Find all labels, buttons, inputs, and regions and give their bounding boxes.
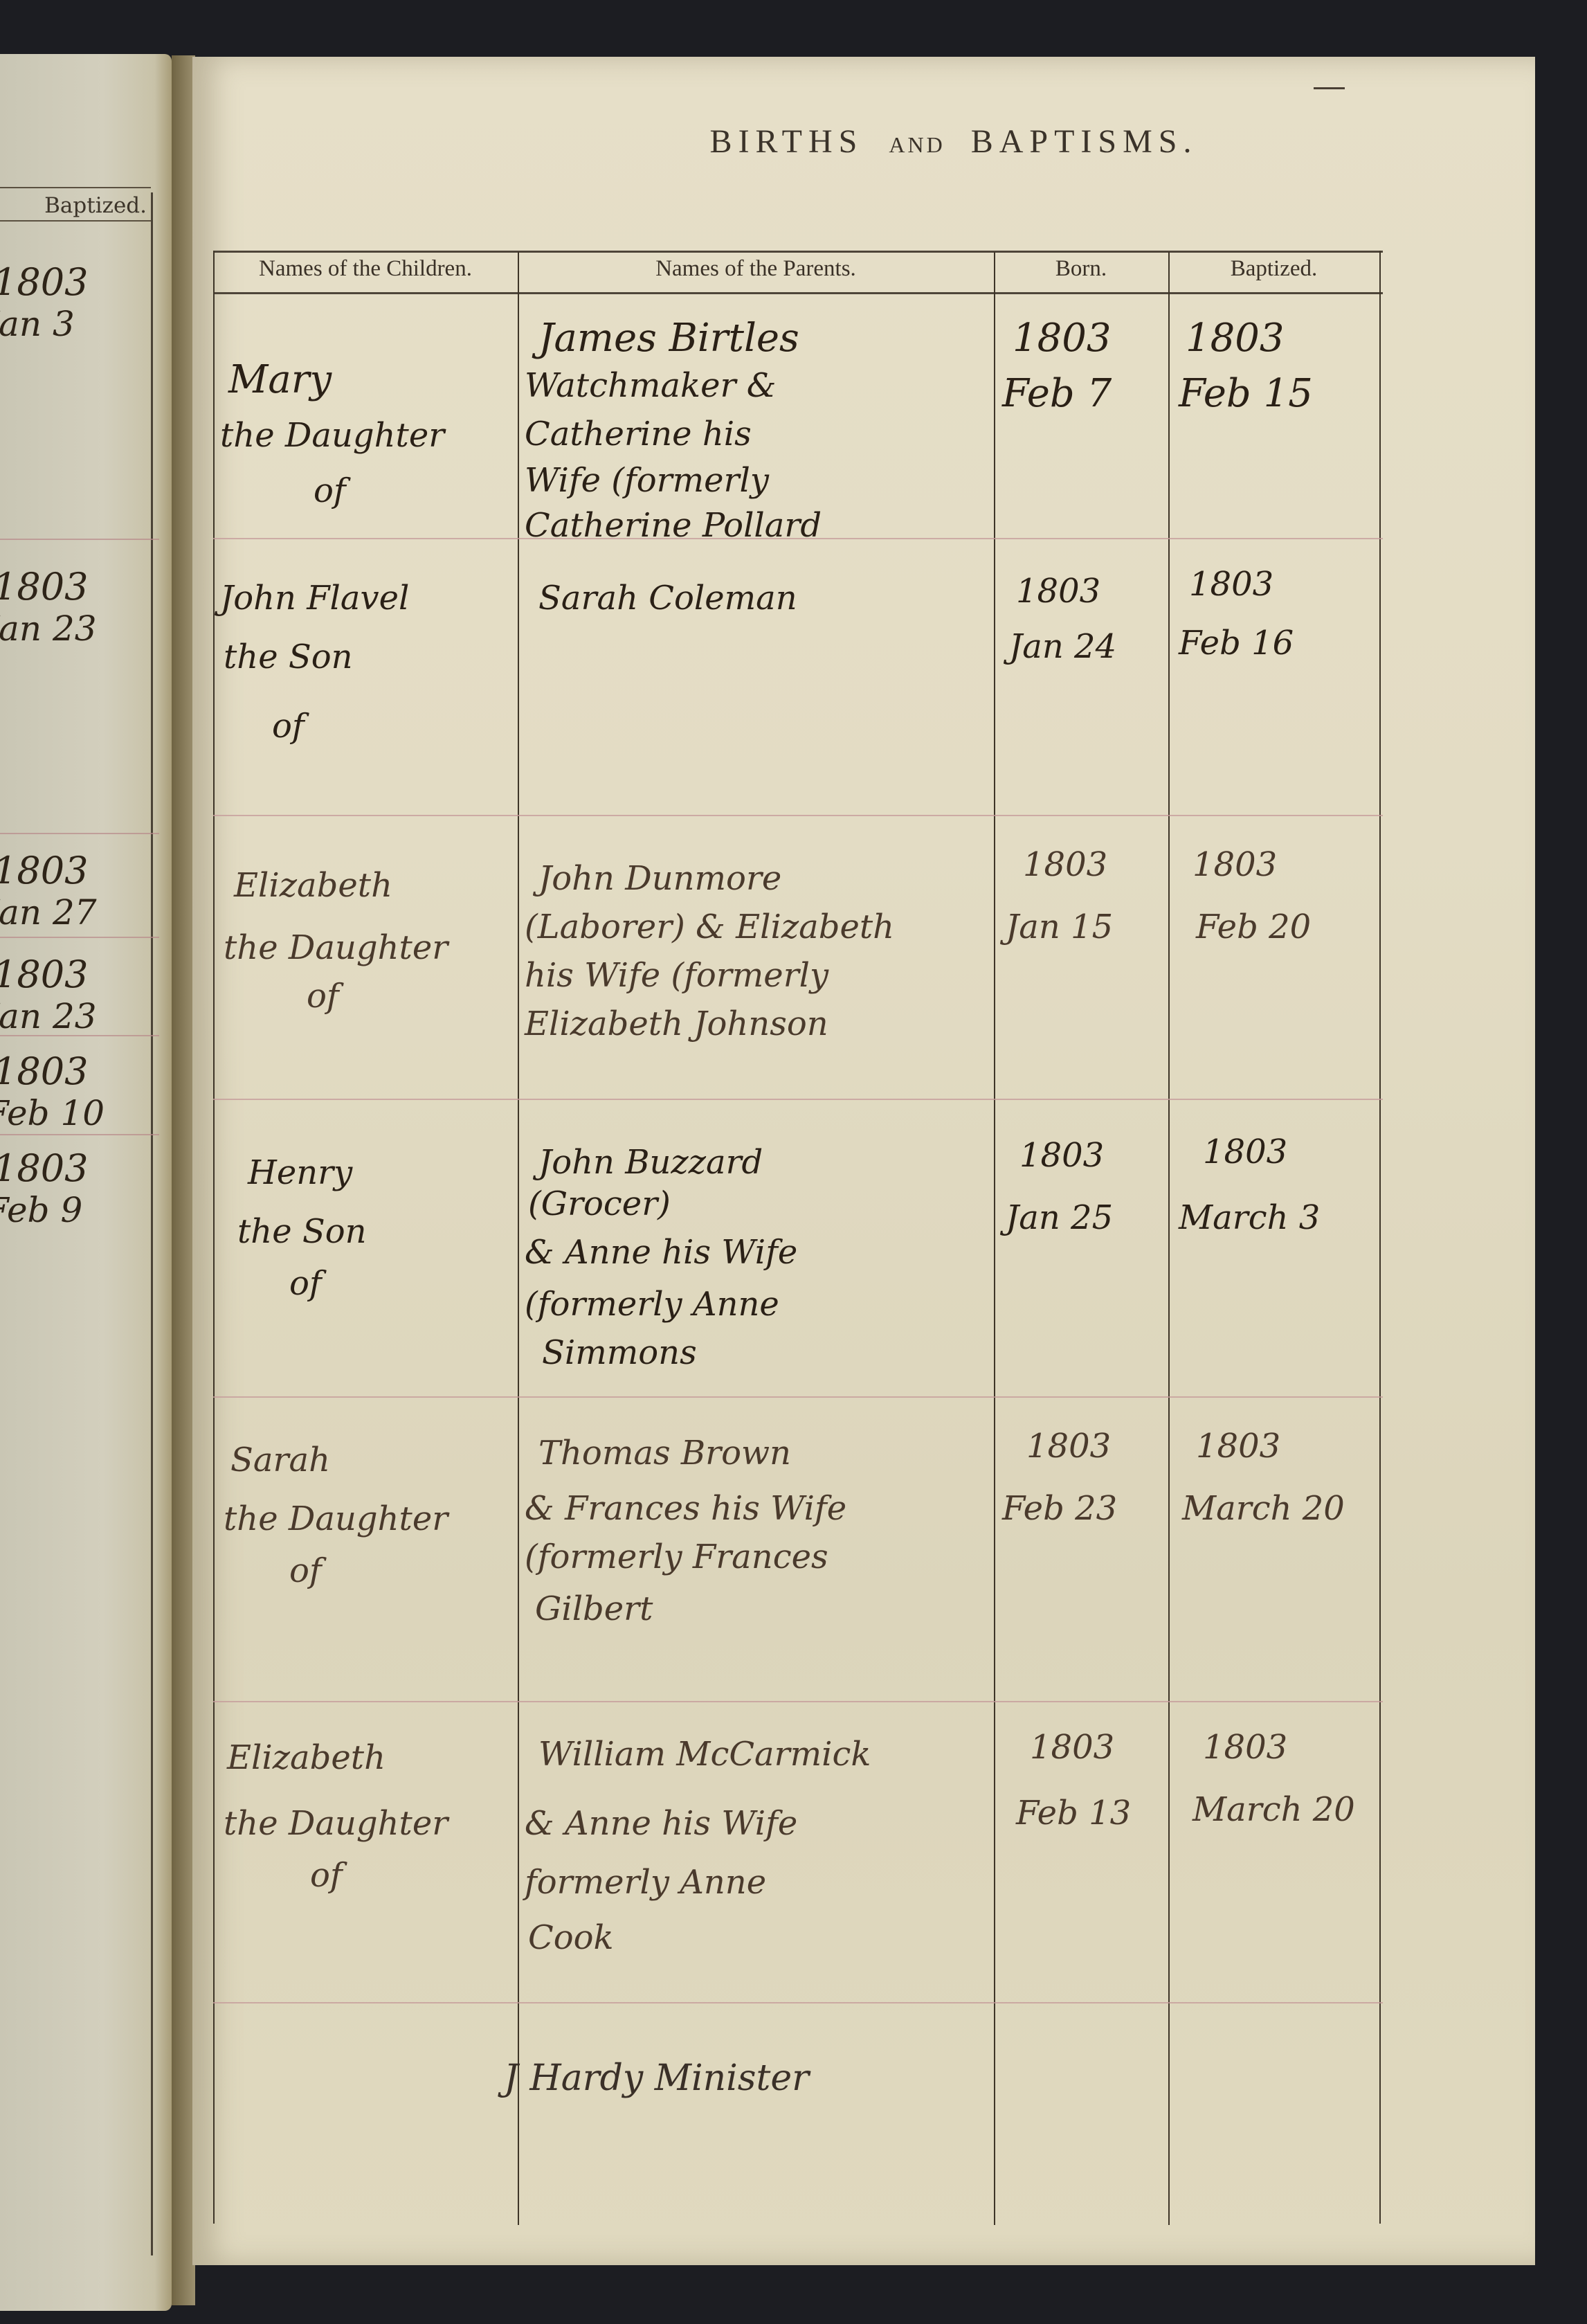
child-name: Mary — [228, 354, 332, 406]
born-date: Feb 23 — [1002, 1483, 1117, 1534]
book-gutter — [172, 55, 195, 2305]
baptized-year: 1803 — [1203, 1126, 1287, 1178]
child-name: Elizabeth — [234, 860, 392, 911]
title-births: BIRTHS — [710, 123, 864, 160]
facing-entry-year: 1803 — [0, 262, 149, 303]
facing-page-entry: 1803 Jan 23 — [0, 954, 149, 1037]
baptized-year: 1803 — [1192, 839, 1277, 890]
row-separator — [213, 1396, 1383, 1398]
parents-line: Wife (formerly — [525, 455, 769, 506]
parents-line: Catherine his — [525, 408, 752, 460]
facing-entry-year: 1803 — [0, 1148, 149, 1189]
facing-page-red-rule — [0, 833, 159, 834]
facing-page-red-rule — [0, 937, 159, 938]
register-table: Names of the Children. Names of the Pare… — [213, 188, 1383, 2224]
child-of: of — [307, 971, 339, 1022]
parents-line: Simmons — [542, 1327, 697, 1378]
born-date: Jan 15 — [1006, 901, 1113, 953]
column-rule — [1168, 252, 1170, 2225]
parents-line: his Wife (formerly — [525, 950, 828, 1001]
header-bottom-rule — [213, 292, 1383, 294]
parents-line: Thomas Brown — [538, 1427, 791, 1479]
born-year: 1803 — [1026, 1421, 1111, 1472]
parents-line: Watchmaker & — [525, 360, 776, 411]
child-of: of — [289, 1258, 322, 1309]
born-year: 1803 — [1013, 313, 1112, 364]
parents-line: (Grocer) — [528, 1178, 671, 1229]
title-baptisms: BAPTISMS. — [971, 123, 1198, 160]
child-of: of — [272, 701, 305, 752]
child-name: Sarah — [230, 1434, 330, 1486]
facing-entry-year: 1803 — [0, 566, 149, 608]
parents-line: Cook — [528, 1912, 614, 1963]
child-name: John Flavel — [220, 573, 409, 624]
title-and: AND — [889, 132, 945, 157]
column-header-baptized: Baptized. — [1168, 256, 1379, 289]
child-name: Henry — [248, 1147, 352, 1198]
parents-line: Elizabeth Johnson — [525, 998, 828, 1050]
facing-entry-date: Jan 27 — [0, 892, 149, 933]
baptized-date: March 20 — [1182, 1483, 1345, 1534]
child-of: of — [289, 1545, 322, 1596]
column-rule — [213, 251, 215, 2224]
parents-line: Catherine Pollard — [525, 500, 822, 551]
row-separator — [213, 1701, 1383, 1702]
baptized-date: Feb 16 — [1179, 618, 1294, 669]
column-rule — [1379, 251, 1381, 2224]
row-separator — [213, 2002, 1383, 2003]
parents-line: (formerly Anne — [525, 1279, 779, 1330]
parents-line: John Dunmore — [538, 853, 781, 904]
parents-line: formerly Anne — [525, 1857, 766, 1908]
child-relation: the Daughter — [224, 1798, 448, 1849]
child-of: of — [314, 465, 346, 516]
parents-line: & Frances his Wife — [525, 1483, 846, 1534]
born-date: Jan 25 — [1006, 1192, 1113, 1243]
page-title: BIRTHS AND BAPTISMS. — [608, 123, 1300, 161]
column-header-born: Born. — [994, 256, 1168, 289]
parents-line: Gilbert — [535, 1583, 653, 1634]
born-year: 1803 — [1019, 1130, 1104, 1181]
column-header-parents: Names of the Parents. — [518, 256, 994, 289]
column-header-children: Names of the Children. — [213, 256, 518, 289]
child-of: of — [310, 1850, 343, 1901]
parents-line: & Anne his Wife — [525, 1227, 797, 1278]
facing-page: Baptized. 1803 Jan 3 1803 Jan 23 1803 Ja… — [0, 54, 172, 2311]
row-separator — [213, 815, 1383, 816]
parents-line: Sarah Coleman — [538, 573, 797, 624]
child-name: Elizabeth — [227, 1732, 386, 1783]
page-mark — [1314, 87, 1345, 89]
born-year: 1803 — [1016, 566, 1100, 617]
facing-page-column-rule — [151, 192, 153, 2255]
facing-entry-date: Jan 3 — [0, 303, 149, 345]
baptized-year: 1803 — [1189, 559, 1273, 610]
facing-page-entry: 1803 Feb 10 — [0, 1051, 149, 1134]
parents-line: & Anne his Wife — [525, 1798, 797, 1849]
parents-line: William McCarmick — [538, 1729, 871, 1780]
facing-page-red-rule — [0, 1035, 159, 1036]
baptized-year: 1803 — [1186, 313, 1285, 364]
facing-page-entry: 1803 Jan 3 — [0, 262, 149, 345]
baptized-date: March 3 — [1179, 1192, 1320, 1243]
baptized-year: 1803 — [1203, 1722, 1287, 1773]
column-rule — [994, 252, 995, 2225]
baptized-year: 1803 — [1196, 1421, 1280, 1472]
child-relation: the Daughter — [224, 922, 448, 973]
facing-page-entry: 1803 Feb 9 — [0, 1148, 149, 1231]
facing-page-red-rule — [0, 539, 159, 540]
facing-page-entry: 1803 Jan 27 — [0, 850, 149, 933]
baptized-date: Feb 15 — [1179, 368, 1313, 420]
facing-entry-year: 1803 — [0, 1051, 149, 1092]
column-rule — [518, 252, 519, 2225]
facing-page-baptized-header: Baptized. — [0, 187, 151, 222]
born-year: 1803 — [1023, 839, 1107, 890]
born-date: Jan 24 — [1009, 621, 1116, 672]
minister-signature: J Hardy Minister — [504, 2057, 809, 2099]
born-date: Feb 7 — [1002, 368, 1112, 420]
baptized-date: Feb 20 — [1196, 901, 1311, 953]
child-relation: the Son — [224, 631, 353, 683]
parents-line: (formerly Frances — [525, 1531, 828, 1583]
facing-entry-date: Jan 23 — [0, 608, 149, 649]
facing-entry-date: Feb 10 — [0, 1092, 149, 1134]
facing-entry-year: 1803 — [0, 954, 149, 996]
child-relation: the Son — [237, 1206, 367, 1257]
facing-entry-date: Jan 23 — [0, 996, 149, 1037]
facing-entry-date: Feb 9 — [0, 1189, 149, 1231]
row-separator — [213, 1099, 1383, 1100]
facing-entry-year: 1803 — [0, 850, 149, 892]
child-relation: the Daughter — [224, 1493, 448, 1544]
parents-line: (Laborer) & Elizabeth — [525, 901, 894, 953]
parents-line: James Birtles — [538, 313, 799, 364]
born-year: 1803 — [1030, 1722, 1114, 1773]
register-page: BIRTHS AND BAPTISMS. Names of the Childr… — [192, 57, 1535, 2265]
born-date: Feb 13 — [1016, 1787, 1131, 1839]
facing-page-entry: 1803 Jan 23 — [0, 566, 149, 649]
header-top-rule — [213, 251, 1383, 253]
facing-page-red-rule — [0, 1134, 159, 1135]
baptized-date: March 20 — [1192, 1784, 1355, 1835]
child-relation: the Daughter — [220, 410, 444, 461]
